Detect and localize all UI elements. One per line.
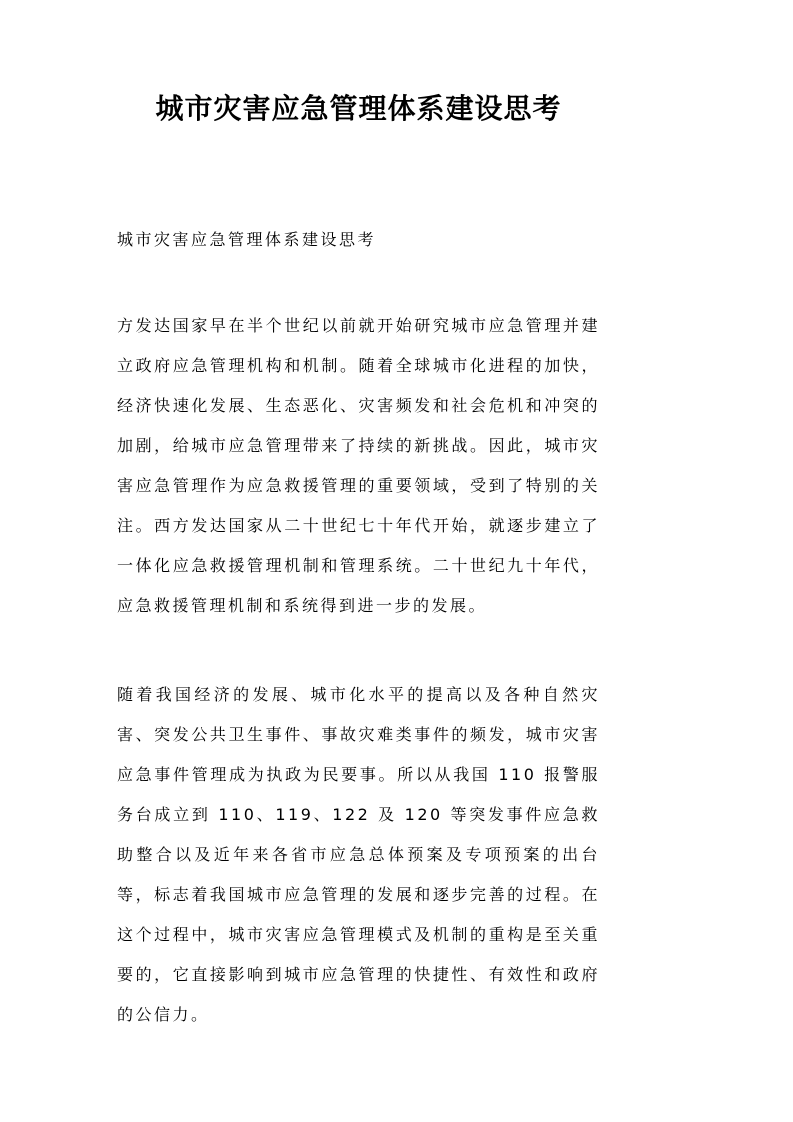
paragraph-1: 方发达国家早在半个世纪以前就开始研究城市应急管理并建立政府应急管理机构和机制。随…: [117, 306, 600, 626]
document-title: 城市灾害应急管理体系建设思考: [117, 89, 600, 129]
document-content: 城市灾害应急管理体系建设思考 城市灾害应急管理体系建设思考 方发达国家早在半个世…: [0, 0, 793, 1035]
document-subtitle: 城市灾害应急管理体系建设思考: [117, 220, 600, 260]
document-page: 城市灾害应急管理体系建设思考 城市灾害应急管理体系建设思考 方发达国家早在半个世…: [0, 0, 793, 1122]
paragraph-2: 随着我国经济的发展、城市化水平的提高以及各种自然灾害、突发公共卫生事件、事故灾难…: [117, 675, 600, 1035]
